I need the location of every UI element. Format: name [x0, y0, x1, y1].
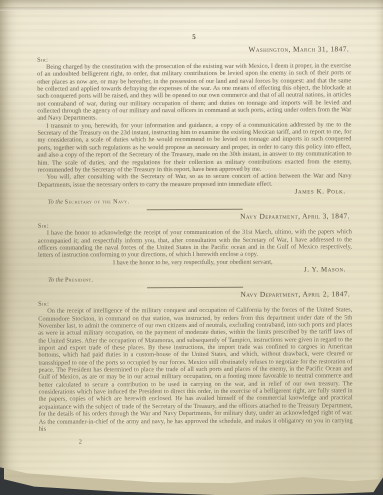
addressee-name: Secretary of the Navy. — [65, 199, 130, 206]
valediction: I have the honor to be, very respectfull… — [38, 258, 352, 267]
scanned-document-page: { "page": { "number": "5", "signature_ma… — [0, 0, 383, 495]
addressee-name: President. — [65, 277, 93, 284]
letter-mason-acknowledgement: Navy Department, April 3, 1847. Sir: I h… — [38, 212, 352, 284]
addressee-prefix: To the — [48, 277, 63, 284]
page-number: 5 — [37, 33, 351, 42]
paragraph: I have the honor to acknowledge the rece… — [38, 229, 352, 260]
letter-navy-instructions: Navy Department, April 2, 1847. Sir: On … — [38, 290, 353, 433]
press-signature-mark: 2 — [39, 437, 353, 446]
section-divider — [147, 208, 243, 209]
paragraph: Being charged by the constitution with t… — [37, 62, 351, 122]
document-content: 5 Washington, March 31, 1847. Sir: Being… — [37, 33, 353, 446]
letter-polk: Washington, March 31, 1847. Sir: Being c… — [37, 46, 352, 207]
addressee-line: To the President. — [38, 276, 352, 285]
paragraph: You will, after consulting with the Secr… — [38, 173, 352, 189]
addressee-line: To the Secretary of the Navy. — [38, 198, 352, 207]
addressee-prefix: To the — [48, 199, 63, 206]
section-divider — [147, 286, 243, 287]
paragraph: I transmit to you, herewith, for your in… — [37, 121, 351, 174]
paragraph: On the receipt of intelligence of the mi… — [38, 307, 353, 433]
dateline-navy-department: Navy Department, April 3, 1847. — [38, 212, 352, 221]
dateline-navy-department: Navy Department, April 2, 1847. — [38, 290, 352, 299]
signature-polk: James K. Polk. — [38, 188, 352, 197]
signature-mason: J. Y. Mason. — [38, 266, 352, 275]
dateline-washington: Washington, March 31, 1847. — [37, 46, 351, 55]
